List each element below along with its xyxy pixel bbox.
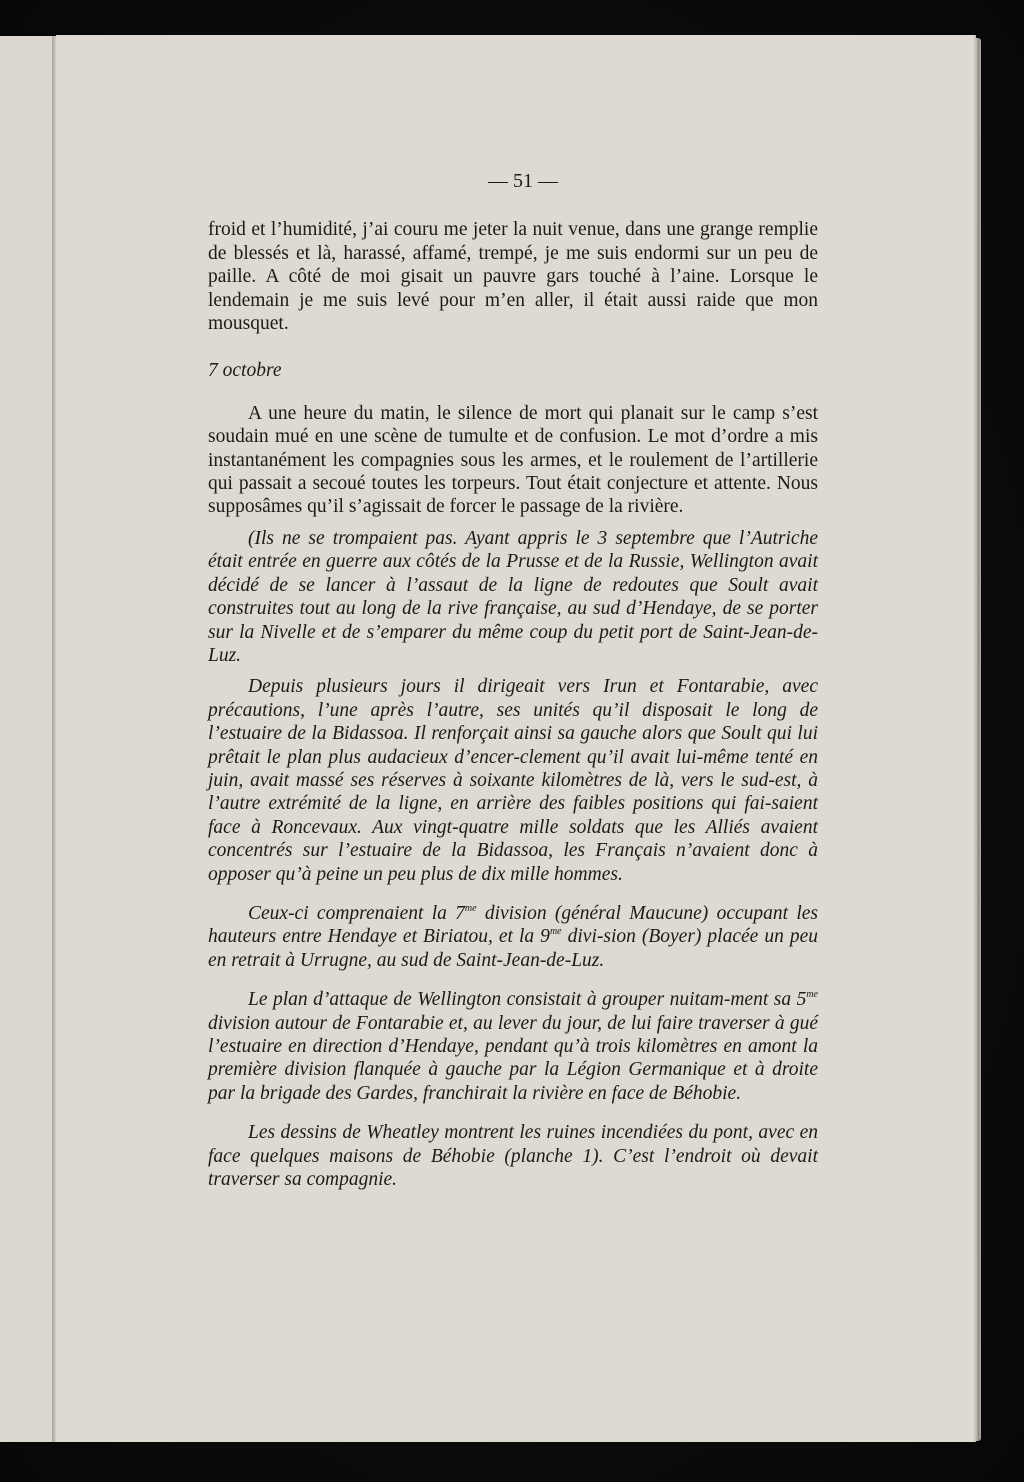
commentary-paragraph-4: Le plan d’attaque de Wellington consista… [208,988,818,1105]
commentary-paragraph-5: Les dessins de Wheatley montrent les rui… [208,1121,818,1191]
page-content: — 51 — froid et l’humidité, j’ai couru m… [208,170,818,1199]
scan-background: — 51 — froid et l’humidité, j’ai couru m… [0,0,1024,1482]
page-stack-edge [976,38,981,1441]
commentary-paragraph-1: (Ils ne se trompaient pas. Ayant appris … [208,527,818,667]
text-segment: division autour de Fontarabie et, au lev… [208,1013,818,1104]
facing-page-edge [0,36,55,1442]
page-number: — 51 — [208,170,818,193]
commentary-paragraph-2: Depuis plusieurs jours il dirigeait vers… [208,675,818,886]
text-segment: Ceux-ci comprenaient la 7 [248,903,465,924]
date-heading: 7 octobre [208,359,818,382]
journal-entry-paragraph: A une heure du matin, le silence de mort… [208,402,818,519]
text-segment: Le plan d’attaque de Wellington consista… [248,989,806,1010]
superscript-ordinal: me [806,989,818,1000]
continuation-paragraph: froid et l’humidité, j’ai couru me jeter… [208,218,818,335]
commentary-paragraph-3: Ceux-ci comprenaient la 7me division (gé… [208,902,818,972]
superscript-ordinal: me [465,903,477,914]
editorial-commentary: (Ils ne se trompaient pas. Ayant appris … [208,527,818,1192]
superscript-ordinal: me [550,926,562,937]
